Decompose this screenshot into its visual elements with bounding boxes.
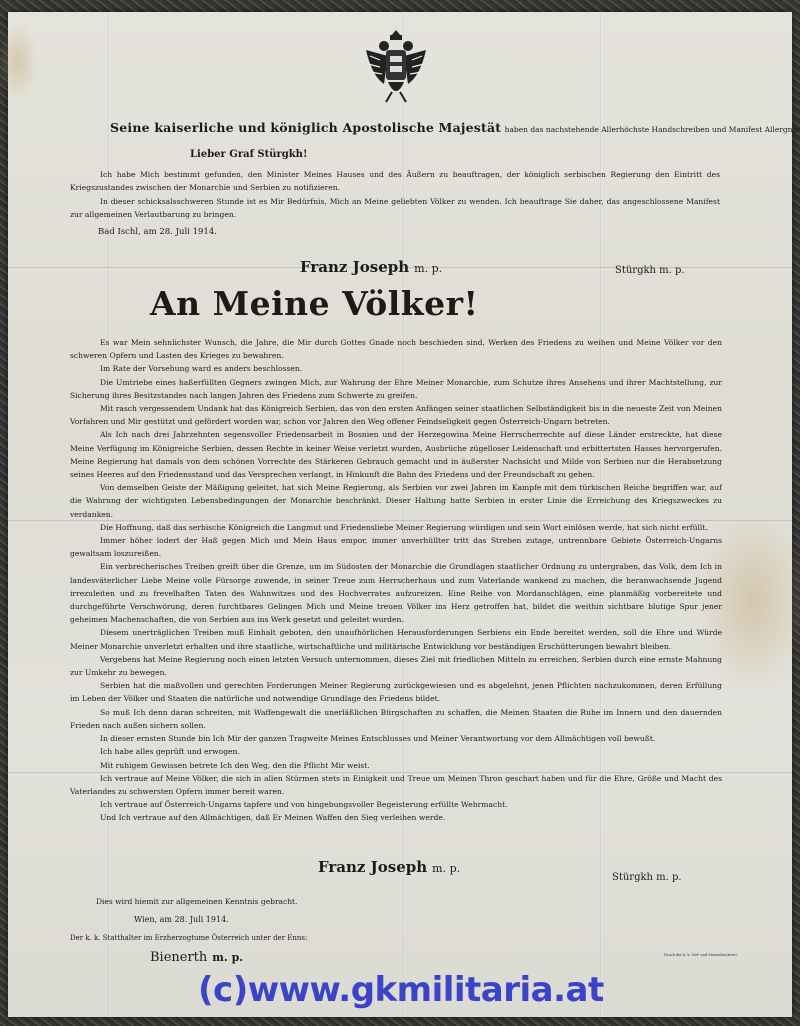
manifesto-paragraph: Vergebens hat Meine Regierung noch einen…: [70, 653, 722, 679]
handschreiben-paragraph: In dieser schicksalsschweren Stunde ist …: [70, 195, 720, 221]
manifesto-paragraph: Die Umtriebe eines haßerfüllten Gegners …: [70, 376, 722, 402]
decree-header: Seine kaiserliche und königlich Apostoli…: [110, 120, 730, 135]
manifesto-paragraph: Ich vertraue auf Österreich-Ungarns tapf…: [70, 798, 722, 811]
printer-imprint: Druck der k. k. Hof- und Staatsdruckerei…: [664, 953, 738, 957]
countersignature: Stürgkh m. p.: [615, 265, 685, 276]
greeting: Lieber Graf Stürgkh!: [190, 149, 307, 160]
header-lead: Seine kaiserliche und königlich Apostoli…: [110, 120, 501, 135]
signature-emperor-manifesto: Franz Josephm. p.: [318, 858, 460, 876]
handschreiben-paragraph: Ich habe Mich bestimmt gefunden, den Min…: [70, 168, 720, 194]
double-headed-eagle-icon: [362, 26, 430, 106]
watermark: (c)www.gkmilitaria.at: [198, 970, 604, 1010]
signature-emperor: Franz Josephm. p.: [300, 258, 442, 276]
manifesto-paragraph: Ein verbrecherisches Treiben greift über…: [70, 560, 722, 626]
manifesto-body: Es war Mein sehnlichster Wunsch, die Jah…: [70, 336, 722, 825]
manifesto-paragraph: Als Ich nach drei Jahrzehnten segensvoll…: [70, 428, 722, 481]
footer-place-date: Wien, am 28. Juli 1914.: [134, 915, 229, 924]
manifesto-paragraph: Von demselben Geiste der Mäßigung geleit…: [70, 481, 722, 521]
age-stain: [0, 22, 38, 102]
manifesto-paragraph: Mit rasch vergessendem Undank hat das Kö…: [70, 402, 722, 428]
manifesto-paragraph: Die Hoffnung, daß das serbische Königrei…: [70, 521, 722, 534]
manifesto-paragraph: Ich vertraue auf Meine Völker, die sich …: [70, 772, 722, 798]
signature-governor: Bienerthm. p.: [150, 950, 243, 965]
manifesto-title: An Meine Völker!: [150, 284, 478, 323]
manifesto-paragraph: Diesem unerträglichen Treiben muß Einhal…: [70, 626, 722, 652]
manifesto-paragraph: In dieser ernsten Stunde bin Ich Mir der…: [70, 732, 722, 745]
manifesto-paragraph: Immer höher lodert der Haß gegen Mich un…: [70, 534, 722, 560]
manifesto-paragraph: Ich habe alles geprüft und erwogen.: [70, 745, 722, 758]
manifesto-paragraph: Im Rate der Vorsehung ward es anders bes…: [70, 362, 722, 375]
countersignature-manifesto: Stürgkh m. p.: [612, 872, 682, 883]
manifesto-paragraph: Serbien hat die maßvollen und gerechten …: [70, 679, 722, 705]
manifesto-paragraph: Mit ruhigem Gewissen betrete Ich den Weg…: [70, 759, 722, 772]
manifesto-paragraph: So muß Ich denn daran schreiten, mit Waf…: [70, 706, 722, 732]
governor-office: Der k. k. Statthalter im Erzherzogtume Ö…: [70, 934, 307, 942]
announcement: Dies wird hiemit zur allgemeinen Kenntni…: [96, 897, 297, 906]
header-text: haben das nachstehende Allerhöchste Hand…: [505, 125, 800, 134]
manifesto-paragraph: Und Ich vertraue auf den Allmächtigen, d…: [70, 811, 722, 824]
place-date: Bad Ischl, am 28. Juli 1914.: [98, 227, 217, 237]
manifesto-paragraph: Es war Mein sehnlichster Wunsch, die Jah…: [70, 336, 722, 362]
